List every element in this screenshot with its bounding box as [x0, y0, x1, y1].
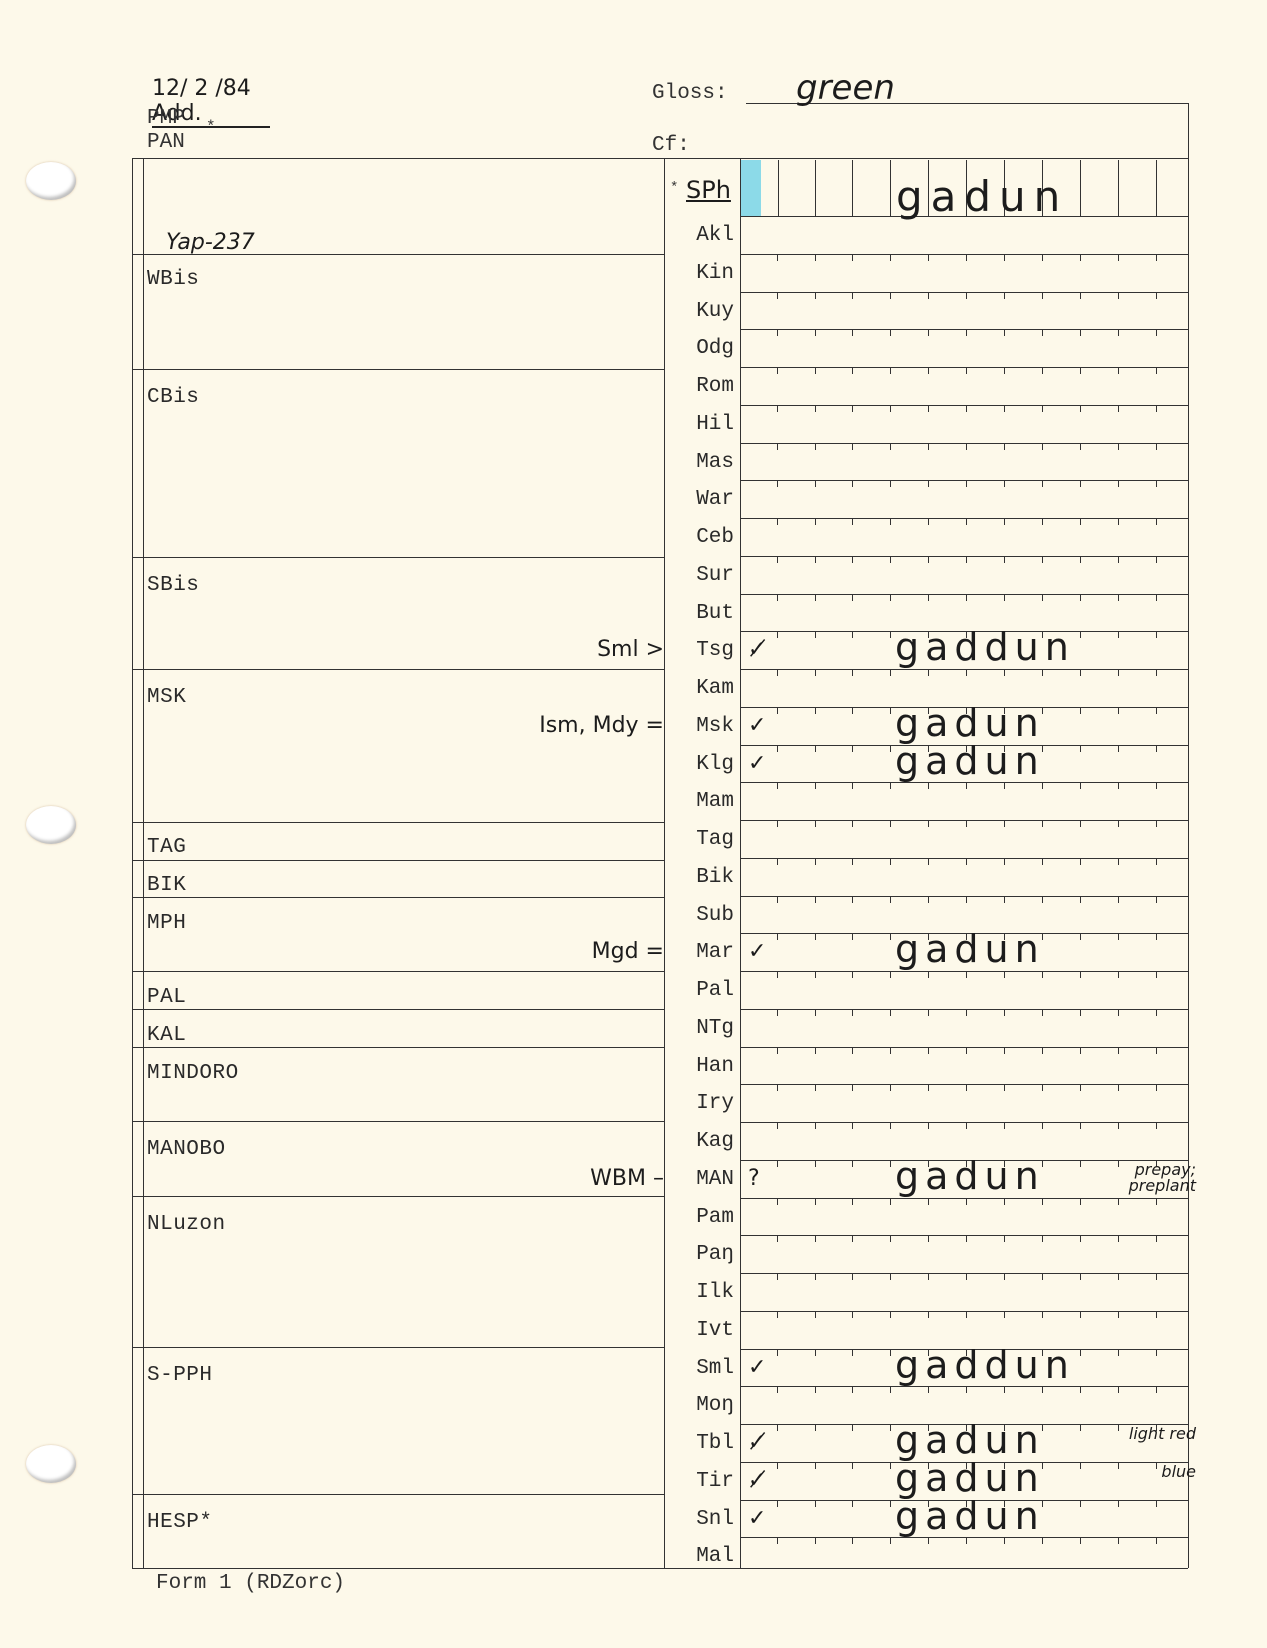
row-tick — [928, 557, 929, 563]
row-tick — [1080, 1501, 1081, 1507]
row-tick — [852, 1312, 853, 1318]
row-tick — [966, 859, 967, 865]
row-tick — [1080, 1463, 1081, 1469]
row-tick — [777, 746, 778, 752]
row-tick — [1004, 557, 1005, 563]
gloss-note: prepay; preplant — [1106, 1162, 1196, 1194]
checkmark-icon: ✓̸ — [748, 1468, 766, 1493]
language-code: Mas — [664, 451, 734, 474]
row-tick — [890, 1350, 891, 1356]
row-tick — [966, 1387, 967, 1393]
row-tick — [1080, 934, 1081, 940]
row-tick — [928, 1048, 929, 1054]
row-tick — [1118, 1010, 1119, 1016]
row-tick — [1156, 293, 1157, 299]
row-tick — [1004, 481, 1005, 487]
cross-reference-note: Sml > — [597, 637, 664, 662]
row-tick — [815, 1123, 816, 1129]
row-tick — [928, 444, 929, 450]
sph-star: * — [670, 180, 678, 196]
checkmark-icon: ✓ — [748, 713, 766, 738]
row-tick — [1156, 444, 1157, 450]
row-tick — [852, 746, 853, 752]
row-tick — [1156, 972, 1157, 978]
row-tick — [1042, 783, 1043, 789]
group-divider — [132, 897, 664, 898]
row-tick — [1156, 255, 1157, 261]
row-tick — [777, 1425, 778, 1431]
language-code: Pal — [664, 979, 734, 1002]
group-divider — [132, 669, 664, 670]
row-tick — [1156, 1501, 1157, 1507]
row-tick — [1156, 595, 1157, 601]
language-code: Tbl — [664, 1432, 734, 1455]
group-divider — [132, 1047, 664, 1048]
row-tick — [890, 444, 891, 450]
language-code: Iry — [664, 1092, 734, 1115]
row-tick — [852, 1463, 853, 1469]
row-tick — [815, 293, 816, 299]
language-code: Moŋ — [664, 1394, 734, 1417]
row-tick — [1080, 368, 1081, 374]
row-baseline — [740, 896, 1188, 897]
group-divider — [132, 860, 664, 861]
row-tick — [1080, 1199, 1081, 1205]
row-tick — [852, 897, 853, 903]
row-tick — [1042, 1236, 1043, 1242]
row-tick — [777, 1538, 778, 1544]
row-tick — [1042, 972, 1043, 978]
group-hesp: HESP* — [147, 1511, 213, 1534]
row-tick — [1118, 368, 1119, 374]
row-tick — [1156, 368, 1157, 374]
row-tick — [928, 293, 929, 299]
row-tick — [1156, 1463, 1157, 1469]
gloss-value[interactable]: green — [796, 68, 895, 108]
row-tick — [815, 330, 816, 336]
row-tick — [815, 1161, 816, 1167]
row-tick — [852, 1010, 853, 1016]
row-tick — [852, 519, 853, 525]
row-tick — [1156, 557, 1157, 563]
language-code: Snl — [664, 1508, 734, 1531]
row-tick — [1156, 1199, 1157, 1205]
row-tick — [890, 1199, 891, 1205]
row-tick — [1042, 368, 1043, 374]
letter-box-divider — [778, 160, 779, 216]
row-tick — [1156, 821, 1157, 827]
language-code: Kag — [664, 1130, 734, 1153]
row-tick — [1118, 1350, 1119, 1356]
row-tick — [852, 632, 853, 638]
row-tick — [890, 330, 891, 336]
language-code: NTg — [664, 1017, 734, 1040]
row-tick — [1042, 595, 1043, 601]
row-tick — [966, 1312, 967, 1318]
sph-form[interactable]: gadun — [896, 172, 1068, 221]
row-tick — [890, 897, 891, 903]
lang-col-right-border — [740, 158, 741, 1568]
row-tick — [890, 595, 891, 601]
row-tick — [966, 1085, 967, 1091]
row-tick — [890, 1161, 891, 1167]
row-tick — [1004, 1312, 1005, 1318]
row-tick — [1004, 368, 1005, 374]
language-code: Sur — [664, 564, 734, 587]
row-tick — [890, 1312, 891, 1318]
row-tick — [815, 632, 816, 638]
row-tick — [1118, 557, 1119, 563]
row-tick — [852, 557, 853, 563]
row-tick — [1118, 972, 1119, 978]
row-tick — [852, 934, 853, 940]
language-code: Tir — [664, 1470, 734, 1493]
language-code: War — [664, 488, 734, 511]
language-code: Kuy — [664, 300, 734, 323]
group-divider — [132, 1494, 664, 1495]
row-tick — [777, 595, 778, 601]
row-tick — [966, 481, 967, 487]
group-divider — [132, 1196, 664, 1197]
row-baseline — [740, 1047, 1188, 1048]
group-manobo: MANOBO — [147, 1138, 226, 1161]
row-tick — [1118, 632, 1119, 638]
group-divider — [132, 822, 664, 823]
row-tick — [852, 1538, 853, 1544]
row-tick — [1080, 519, 1081, 525]
row-tick — [1080, 1236, 1081, 1242]
row-tick — [1042, 859, 1043, 865]
row-tick — [1004, 519, 1005, 525]
checkmark-icon: ✓ — [748, 939, 766, 964]
row-tick — [1156, 708, 1157, 714]
row-tick — [1118, 1425, 1119, 1431]
checkmark-icon: ✓̸ — [748, 1430, 766, 1455]
row-tick — [815, 1538, 816, 1544]
row-tick — [1004, 1199, 1005, 1205]
row-tick — [1042, 1010, 1043, 1016]
row-tick — [815, 1048, 816, 1054]
row-tick — [1118, 1236, 1119, 1242]
row-baseline — [740, 858, 1188, 859]
row-tick — [1004, 859, 1005, 865]
row-tick — [1080, 783, 1081, 789]
row-tick — [1042, 481, 1043, 487]
row-tick — [777, 821, 778, 827]
row-tick — [815, 1236, 816, 1242]
row-tick — [1156, 1048, 1157, 1054]
row-tick — [815, 1085, 816, 1091]
row-tick — [890, 783, 891, 789]
row-tick — [1042, 444, 1043, 450]
row-tick — [777, 934, 778, 940]
language-code: Akl — [664, 224, 734, 247]
row-tick — [1118, 934, 1119, 940]
pmp-label: PMP — [147, 107, 185, 130]
row-tick — [928, 1010, 929, 1016]
row-tick — [815, 821, 816, 827]
checkmark-icon: ✓ — [748, 1355, 766, 1380]
group-divider — [132, 1347, 664, 1348]
row-tick — [966, 444, 967, 450]
row-tick — [928, 1274, 929, 1280]
row-tick — [1118, 1387, 1119, 1393]
row-tick — [890, 1501, 891, 1507]
row-tick — [777, 708, 778, 714]
bottom-border — [132, 1568, 1188, 1569]
row-tick — [1118, 595, 1119, 601]
language-code: Ilk — [664, 1281, 734, 1304]
row-tick — [1080, 293, 1081, 299]
row-tick — [777, 1123, 778, 1129]
top-border — [132, 158, 1188, 159]
group-divider — [132, 1009, 664, 1010]
checkmark-icon: ✓ — [748, 1506, 766, 1531]
reflex-form[interactable]: gadun — [895, 739, 1045, 783]
row-tick — [1118, 330, 1119, 336]
row-tick — [815, 708, 816, 714]
row-tick — [928, 1085, 929, 1091]
letter-box-divider — [1118, 160, 1119, 216]
language-code: MAN — [664, 1168, 734, 1191]
row-tick — [1080, 330, 1081, 336]
row-tick — [1156, 1123, 1157, 1129]
reflex-form[interactable]: gaddun — [895, 625, 1075, 669]
row-tick — [1156, 859, 1157, 865]
right-border — [1188, 103, 1189, 1568]
row-tick — [1004, 406, 1005, 412]
row-baseline — [740, 518, 1188, 519]
language-code: But — [664, 602, 734, 625]
group-cbis: CBis — [147, 386, 199, 409]
row-tick — [852, 1387, 853, 1393]
language-code: Odg — [664, 337, 734, 360]
row-tick — [1156, 1085, 1157, 1091]
row-tick — [852, 255, 853, 261]
group-tag: TAG — [147, 836, 186, 859]
row-tick — [1004, 1387, 1005, 1393]
row-tick — [1004, 330, 1005, 336]
row-tick — [1042, 1048, 1043, 1054]
row-tick — [1080, 1538, 1081, 1544]
language-code: Tag — [664, 828, 734, 851]
row-tick — [928, 1236, 929, 1242]
row-tick — [1118, 746, 1119, 752]
language-code: Kin — [664, 262, 734, 285]
language-code: Msk — [664, 715, 734, 738]
row-tick — [1004, 1048, 1005, 1054]
row-tick — [928, 519, 929, 525]
language-code: Rom — [664, 375, 734, 398]
row-tick — [1080, 821, 1081, 827]
language-code: Ceb — [664, 526, 734, 549]
row-baseline — [740, 1273, 1188, 1274]
row-tick — [852, 1199, 853, 1205]
row-tick — [966, 1010, 967, 1016]
row-tick — [966, 972, 967, 978]
row-tick — [852, 368, 853, 374]
row-tick — [928, 897, 929, 903]
row-tick — [777, 1312, 778, 1318]
row-tick — [1080, 1350, 1081, 1356]
row-tick — [966, 330, 967, 336]
row-baseline — [740, 556, 1188, 557]
reflex-form[interactable]: gadun — [895, 1154, 1045, 1198]
row-tick — [815, 1312, 816, 1318]
row-tick — [815, 519, 816, 525]
checkmark-icon: ✓̸ — [748, 637, 766, 662]
letter-box-divider — [815, 160, 816, 216]
row-tick — [1080, 1010, 1081, 1016]
row-baseline — [740, 1009, 1188, 1010]
row-tick — [852, 1350, 853, 1356]
cross-reference-note: WBM – — [590, 1166, 664, 1191]
row-tick — [777, 1463, 778, 1469]
letter-box-divider — [1156, 160, 1157, 216]
row-tick — [1156, 1387, 1157, 1393]
row-tick — [1042, 293, 1043, 299]
row-tick — [1156, 406, 1157, 412]
row-tick — [1004, 1085, 1005, 1091]
row-tick — [1118, 821, 1119, 827]
row-tick — [890, 1123, 891, 1129]
binder-hole-middle — [26, 806, 76, 844]
row-tick — [1156, 519, 1157, 525]
row-tick — [1042, 330, 1043, 336]
row-tick — [890, 1010, 891, 1016]
row-tick — [852, 1274, 853, 1280]
yap-note: Yap-237 — [166, 230, 255, 255]
row-tick — [1004, 1010, 1005, 1016]
row-tick — [1080, 1161, 1081, 1167]
row-tick — [852, 708, 853, 714]
row-tick — [1004, 1236, 1005, 1242]
row-tick — [1042, 1312, 1043, 1318]
row-tick — [852, 1161, 853, 1167]
row-tick — [1080, 1274, 1081, 1280]
row-tick — [890, 293, 891, 299]
language-code: Mal — [664, 1545, 734, 1568]
row-tick — [777, 1048, 778, 1054]
row-tick — [928, 255, 929, 261]
row-tick — [1156, 1312, 1157, 1318]
row-tick — [777, 1085, 778, 1091]
row-tick — [1004, 444, 1005, 450]
row-tick — [890, 1048, 891, 1054]
row-tick — [928, 481, 929, 487]
row-tick — [890, 1236, 891, 1242]
row-tick — [1156, 1538, 1157, 1544]
row-tick — [890, 670, 891, 676]
row-tick — [928, 972, 929, 978]
row-tick — [815, 368, 816, 374]
row-tick — [815, 934, 816, 940]
row-tick — [1004, 897, 1005, 903]
language-code: Klg — [664, 753, 734, 776]
row-tick — [890, 557, 891, 563]
group-divider — [132, 557, 664, 558]
row-tick — [815, 783, 816, 789]
row-tick — [1118, 444, 1119, 450]
reflex-form[interactable]: gaddun — [895, 1343, 1075, 1387]
row-tick — [777, 557, 778, 563]
row-tick — [1042, 670, 1043, 676]
row-tick — [815, 1463, 816, 1469]
language-code: Hil — [664, 413, 734, 436]
language-code: Tsg — [664, 639, 734, 662]
row-baseline — [740, 1235, 1188, 1236]
row-tick — [777, 444, 778, 450]
row-baseline — [740, 254, 1188, 255]
row-tick — [1118, 1312, 1119, 1318]
row-tick — [777, 1501, 778, 1507]
row-tick — [1118, 783, 1119, 789]
row-tick — [1004, 783, 1005, 789]
row-tick — [1004, 1274, 1005, 1280]
row-tick — [852, 783, 853, 789]
row-tick — [1118, 1538, 1119, 1544]
row-tick — [1118, 1274, 1119, 1280]
binder-hole-top — [26, 162, 76, 200]
reflex-form[interactable]: gadun — [895, 1494, 1045, 1538]
row-tick — [890, 821, 891, 827]
question-mark-icon: ? — [748, 1166, 760, 1191]
language-code: Bik — [664, 866, 734, 889]
row-tick — [1080, 632, 1081, 638]
row-tick — [890, 406, 891, 412]
group-divider — [132, 971, 664, 972]
row-tick — [928, 368, 929, 374]
row-tick — [1080, 708, 1081, 714]
group-pal: PAL — [147, 986, 186, 1009]
row-tick — [1156, 746, 1157, 752]
row-tick — [777, 783, 778, 789]
row-tick — [928, 821, 929, 827]
row-tick — [1042, 897, 1043, 903]
row-tick — [852, 330, 853, 336]
group-sbis: SBis — [147, 574, 199, 597]
row-tick — [777, 1199, 778, 1205]
letter-box-divider — [890, 160, 891, 216]
row-tick — [777, 293, 778, 299]
language-code: Paŋ — [664, 1243, 734, 1266]
row-tick — [928, 406, 929, 412]
row-tick — [1080, 1085, 1081, 1091]
row-tick — [777, 481, 778, 487]
row-tick — [852, 1501, 853, 1507]
row-tick — [928, 783, 929, 789]
reflex-form[interactable]: gadun — [895, 927, 1045, 971]
row-tick — [815, 1010, 816, 1016]
form-label: Form 1 (RDZorc) — [156, 1572, 345, 1595]
gloss-note: blue — [1161, 1464, 1196, 1480]
row-tick — [890, 519, 891, 525]
row-tick — [852, 972, 853, 978]
row-tick — [815, 557, 816, 563]
gloss-label: Gloss: — [652, 82, 728, 105]
row-tick — [1156, 670, 1157, 676]
row-baseline — [740, 443, 1188, 444]
row-tick — [966, 1236, 967, 1242]
row-tick — [966, 821, 967, 827]
row-tick — [815, 481, 816, 487]
row-tick — [1118, 708, 1119, 714]
row-tick — [777, 632, 778, 638]
row-baseline — [740, 367, 1188, 368]
pan-label: PAN — [147, 131, 185, 154]
row-tick — [777, 255, 778, 261]
row-tick — [777, 1350, 778, 1356]
